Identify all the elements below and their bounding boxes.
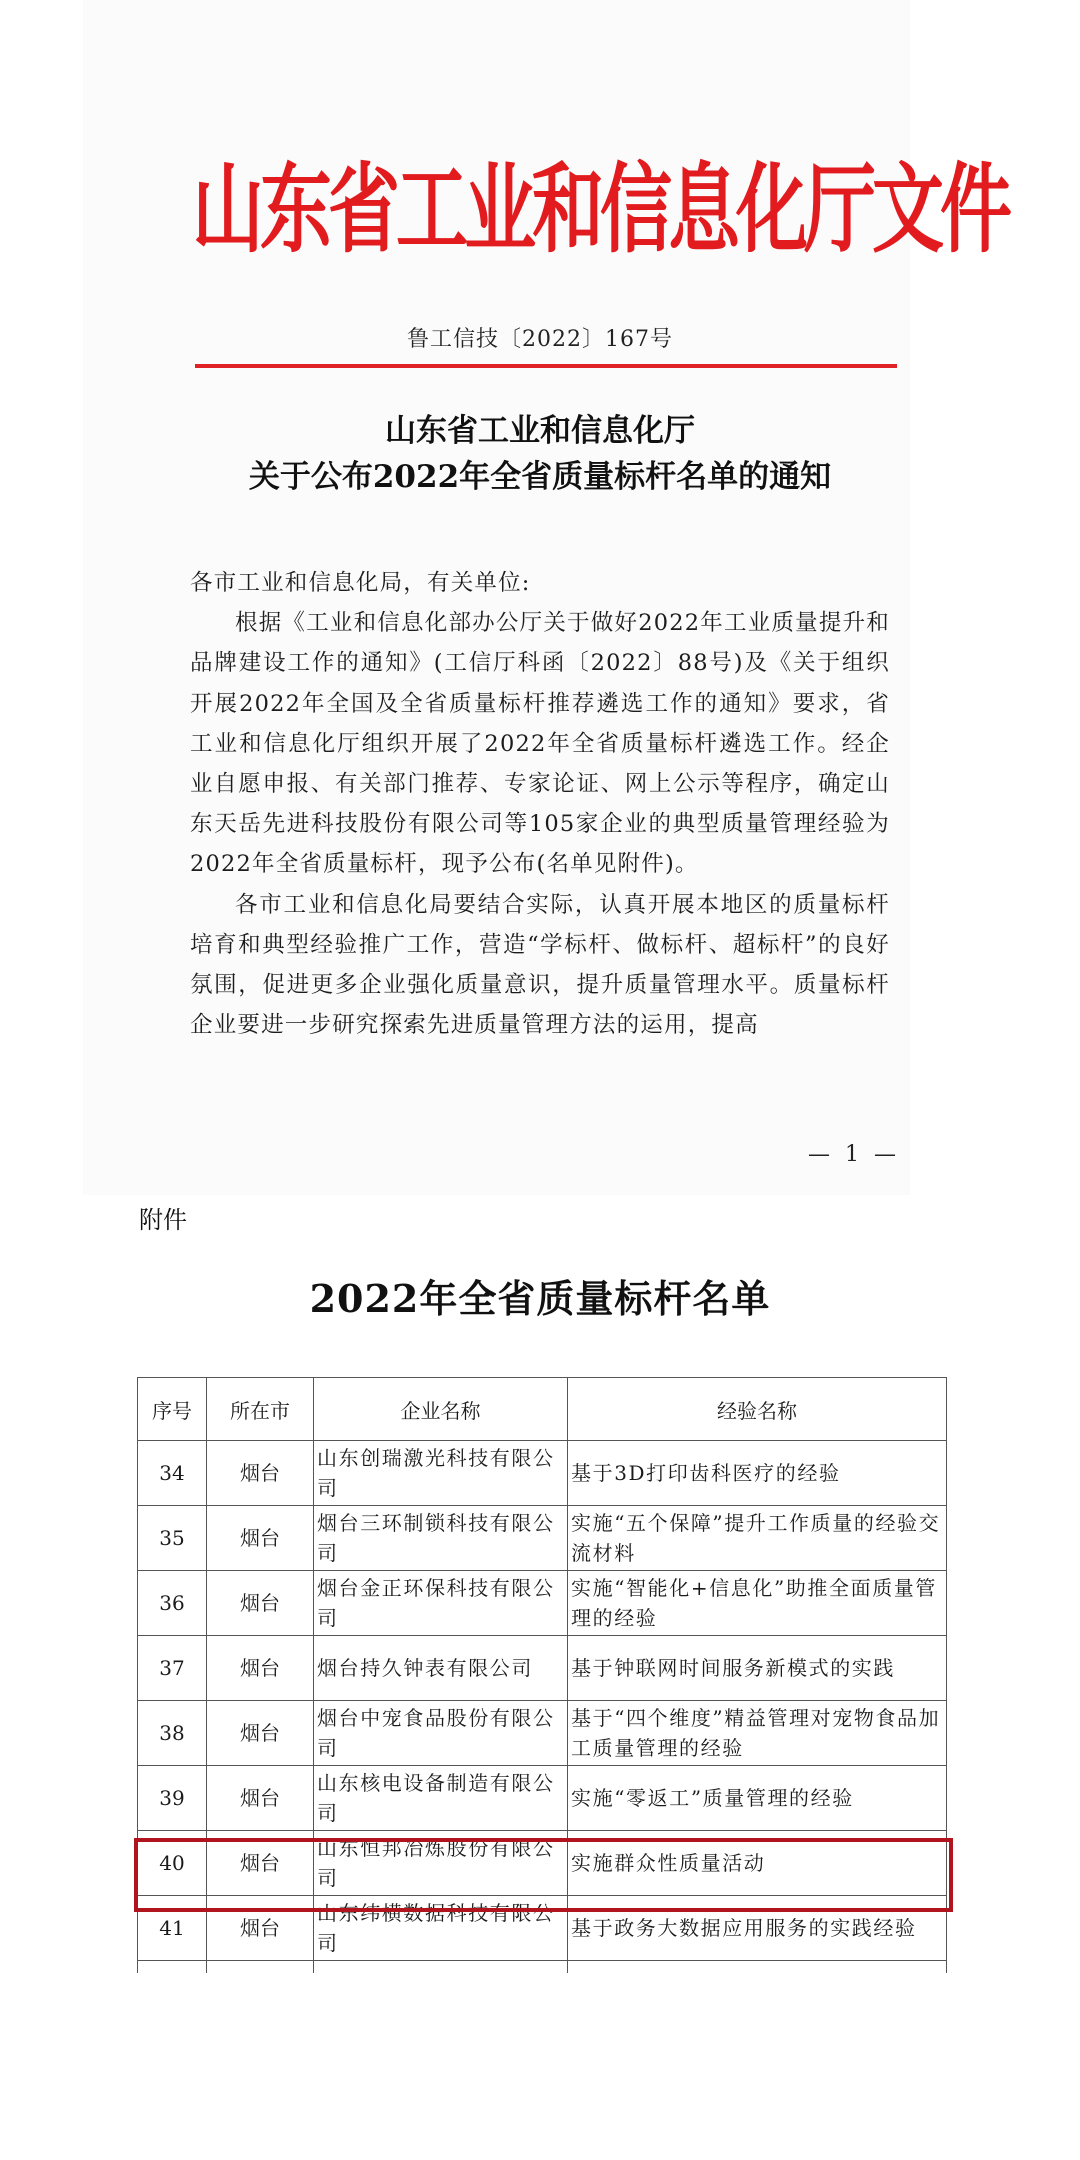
table-row: 39 烟台 山东核电设备制造有限公司 实施“零返工”质量管理的经验: [138, 1766, 947, 1831]
column-header-company: 企业名称: [314, 1378, 568, 1441]
cell-experience: 实施群众性质量活动: [568, 1831, 947, 1896]
cell-city: 烟台: [207, 1701, 314, 1766]
table-row: 38 烟台 烟台中宠食品股份有限公司 基于“四个维度”精益管理对宠物食品加工质量…: [138, 1701, 947, 1766]
table-row-cutoff: [138, 1961, 947, 1974]
cell-no: 36: [138, 1571, 207, 1636]
table-row-highlighted: 40 烟台 山东恒邦冶炼股份有限公司 实施群众性质量活动: [138, 1831, 947, 1896]
paragraph-2: 各市工业和信息化局要结合实际，认真开展本地区的质量标杆培育和典型经验推广工作，营…: [190, 885, 890, 1046]
page-number: — 1 —: [808, 1142, 900, 1167]
paragraph-1: 根据《工业和信息化部办公厅关于做好2022年工业质量提升和品牌建设工作的通知》(…: [190, 603, 890, 884]
cell-city: 烟台: [207, 1636, 314, 1701]
cell-city: 烟台: [207, 1571, 314, 1636]
red-header-title: 山东省工业和信息化厅文件: [192, 128, 872, 290]
cell-experience: 实施“五个保障”提升工作质量的经验交流材料: [568, 1506, 947, 1571]
attachment-title: 2022年全省质量标杆名单: [0, 1268, 1080, 1323]
cell-experience: 基于3D打印齿科医疗的经验: [568, 1441, 947, 1506]
heading-line-1: 山东省工业和信息化厅: [0, 408, 1080, 454]
benchmark-table: 序号 所在市 企业名称 经验名称 34 烟台 山东创瑞激光科技有限公司 基于3D…: [137, 1377, 947, 1973]
cell-experience: 实施“零返工”质量管理的经验: [568, 1766, 947, 1831]
notice-heading: 山东省工业和信息化厅 关于公布2022年全省质量标杆名单的通知: [0, 408, 1080, 500]
cell-no: 39: [138, 1766, 207, 1831]
cell-city: 烟台: [207, 1896, 314, 1961]
table-row: 34 烟台 山东创瑞激光科技有限公司 基于3D打印齿科医疗的经验: [138, 1441, 947, 1506]
cell-experience: 基于政务大数据应用服务的实践经验: [568, 1896, 947, 1961]
salutation: 各市工业和信息化局，有关单位:: [190, 563, 890, 603]
cell-company: 烟台中宠食品股份有限公司: [314, 1701, 568, 1766]
column-header-experience: 经验名称: [568, 1378, 947, 1441]
cell-empty: [314, 1961, 568, 1974]
table-row: 41 烟台 山东纬横数据科技有限公司 基于政务大数据应用服务的实践经验: [138, 1896, 947, 1961]
table-row: 36 烟台 烟台金正环保科技有限公司 实施“智能化+信息化”助推全面质量管理的经…: [138, 1571, 947, 1636]
cell-company: 烟台三环制锁科技有限公司: [314, 1506, 568, 1571]
heading-line-2: 关于公布2022年全省质量标杆名单的通知: [0, 454, 1080, 500]
attachment-label: 附件: [139, 1200, 187, 1235]
table-row: 37 烟台 烟台持久钟表有限公司 基于钟联网时间服务新模式的实践: [138, 1636, 947, 1701]
cell-no: 40: [138, 1831, 207, 1896]
cell-empty: [138, 1961, 207, 1974]
cell-experience: 基于钟联网时间服务新模式的实践: [568, 1636, 947, 1701]
cell-company: 烟台持久钟表有限公司: [314, 1636, 568, 1701]
cell-company: 山东恒邦冶炼股份有限公司: [314, 1831, 568, 1896]
cell-city: 烟台: [207, 1441, 314, 1506]
column-header-city: 所在市: [207, 1378, 314, 1441]
cell-no: 35: [138, 1506, 207, 1571]
cell-company: 山东纬横数据科技有限公司: [314, 1896, 568, 1961]
cell-city: 烟台: [207, 1506, 314, 1571]
cell-no: 41: [138, 1896, 207, 1961]
cell-city: 烟台: [207, 1766, 314, 1831]
cell-empty: [207, 1961, 314, 1974]
cell-company: 山东创瑞激光科技有限公司: [314, 1441, 568, 1506]
document-number: 鲁工信技〔2022〕167号: [0, 322, 1080, 353]
cell-no: 34: [138, 1441, 207, 1506]
cell-experience: 基于“四个维度”精益管理对宠物食品加工质量管理的经验: [568, 1701, 947, 1766]
cell-empty: [568, 1961, 947, 1974]
table-header-row: 序号 所在市 企业名称 经验名称: [138, 1378, 947, 1441]
red-divider: [195, 364, 897, 368]
cell-city: 烟台: [207, 1831, 314, 1896]
table-row: 35 烟台 烟台三环制锁科技有限公司 实施“五个保障”提升工作质量的经验交流材料: [138, 1506, 947, 1571]
cell-company: 烟台金正环保科技有限公司: [314, 1571, 568, 1636]
notice-body: 各市工业和信息化局，有关单位: 根据《工业和信息化部办公厅关于做好2022年工业…: [190, 563, 890, 1045]
cell-company: 山东核电设备制造有限公司: [314, 1766, 568, 1831]
column-header-no: 序号: [138, 1378, 207, 1441]
cell-no: 37: [138, 1636, 207, 1701]
cell-experience: 实施“智能化+信息化”助推全面质量管理的经验: [568, 1571, 947, 1636]
cell-no: 38: [138, 1701, 207, 1766]
